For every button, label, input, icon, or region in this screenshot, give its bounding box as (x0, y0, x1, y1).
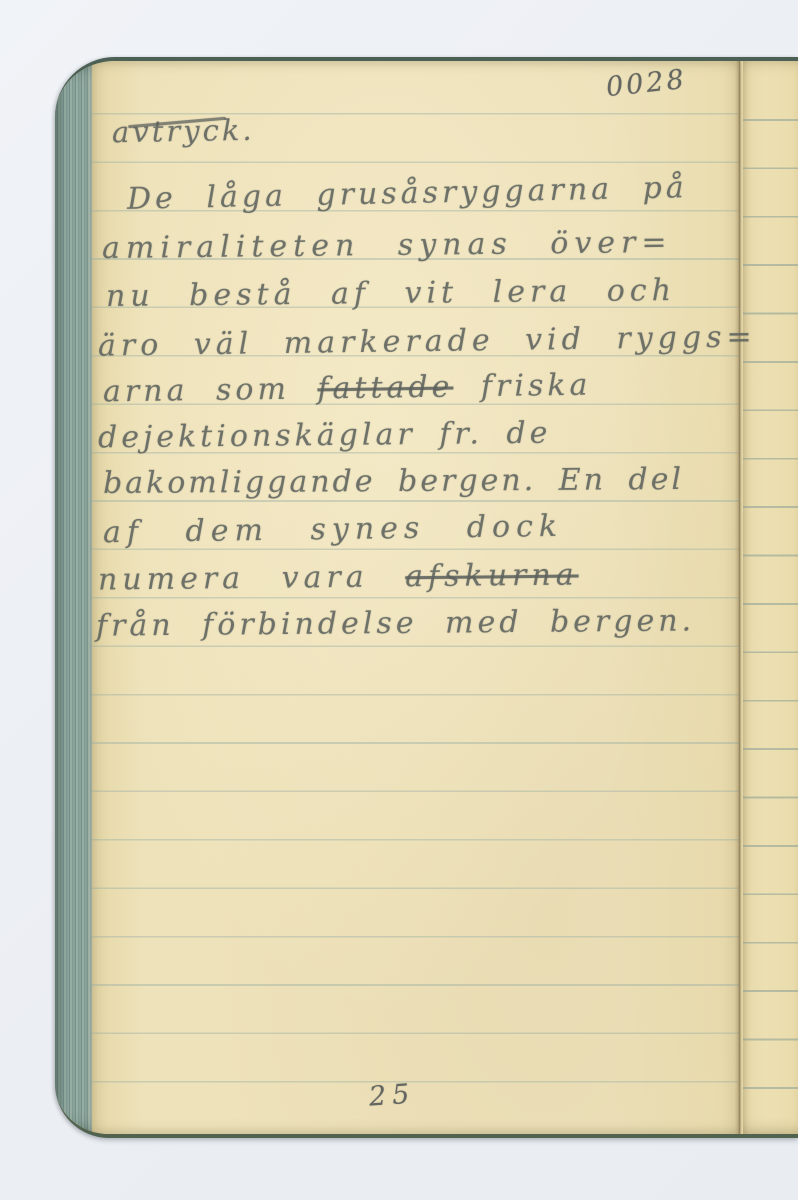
ruled-lines-right (743, 119, 798, 1126)
page-edge-stack (55, 61, 92, 1134)
gutter-fold (735, 61, 743, 1134)
scan-background: avtryck. De låga grusåsryggarna på amira… (0, 0, 798, 1200)
ruled-lines (92, 113, 740, 1122)
right-page-sliver (743, 61, 798, 1134)
notebook (55, 57, 798, 1138)
left-page (92, 61, 740, 1134)
